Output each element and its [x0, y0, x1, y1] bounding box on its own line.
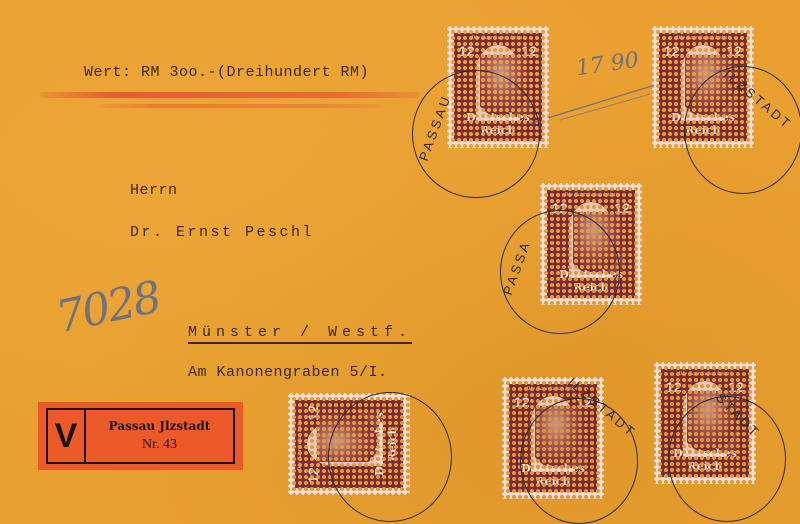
registration-number: Nr. 43 [142, 437, 177, 453]
stamp-denomination-right: 12 [726, 43, 742, 59]
stamp-denomination-left: 12 [664, 43, 680, 59]
stamp-country: Deutsches Reich [661, 447, 749, 473]
recipient-city: Münster / Westf. [188, 324, 412, 344]
stamp-denomination-right: 12 [521, 43, 537, 59]
postage-stamp-1: Die Saar kehrt heim!1212Deutsches Reich [447, 26, 549, 148]
postage-stamp-4: Die Saar kehrt heim!1212Deutsches Reich [288, 393, 410, 495]
stamp-motto: Die Saar kehrt heim! [659, 35, 747, 41]
stamp-figure-image [535, 406, 587, 468]
pencil-note-left: 7028 [52, 272, 164, 344]
postage-stamp-3: Die Saar kehrt heim!1212Deutsches Reich [540, 183, 642, 305]
red-crayon-stroke [40, 92, 420, 98]
stamp-denomination-left: 12 [459, 43, 475, 59]
stamp-country: Deutsches Reich [547, 268, 635, 294]
stamp-motto: Die Saar kehrt heim! [454, 35, 542, 41]
stamp-denomination-right: 12 [728, 379, 744, 395]
stamp-denomination-left: 12 [666, 379, 682, 395]
stamp-country: Deutsches Reich [509, 462, 597, 488]
stamp-figure-image [480, 55, 532, 117]
stamp-figure-image [573, 212, 625, 274]
stamp-country: Deutsches Reich [454, 111, 542, 137]
stamp-denomination-right: 12 [305, 405, 321, 421]
stamp-motto: Die Saar kehrt heim! [547, 192, 635, 198]
recipient-name: Dr. Ernst Peschl [130, 224, 314, 241]
recipient-street: Am Kanonengraben 5/I. [188, 364, 388, 381]
stamp-figure-image [685, 55, 737, 117]
registration-letter: V [48, 410, 86, 462]
stamp-country: Deutsches Reich [373, 400, 399, 488]
red-crayon-stroke-2 [100, 104, 380, 108]
recipient-salutation: Herrn [130, 182, 178, 199]
stamp-denomination-left: 12 [305, 467, 321, 483]
stamp-denomination-left: 12 [514, 394, 530, 410]
pencil-note-top: 17 90 [575, 48, 641, 82]
registration-label: V Passau Jlzstadt Nr. 43 [38, 402, 243, 470]
stamp-motto: Die Saar kehrt heim! [661, 371, 749, 377]
value-declaration: Wert: RM 3oo.-(Dreihundert RM) [84, 64, 369, 81]
stamp-country: Deutsches Reich [659, 111, 747, 137]
stamp-denomination-right: 12 [614, 200, 630, 216]
stamp-motto: Die Saar kehrt heim! [297, 400, 303, 488]
registration-office: Passau Jlzstadt [109, 419, 211, 433]
postmark-3-text: PASSA [500, 238, 534, 297]
stamp-figure-image [317, 410, 379, 462]
stamp-denomination-left: 12 [552, 200, 568, 216]
